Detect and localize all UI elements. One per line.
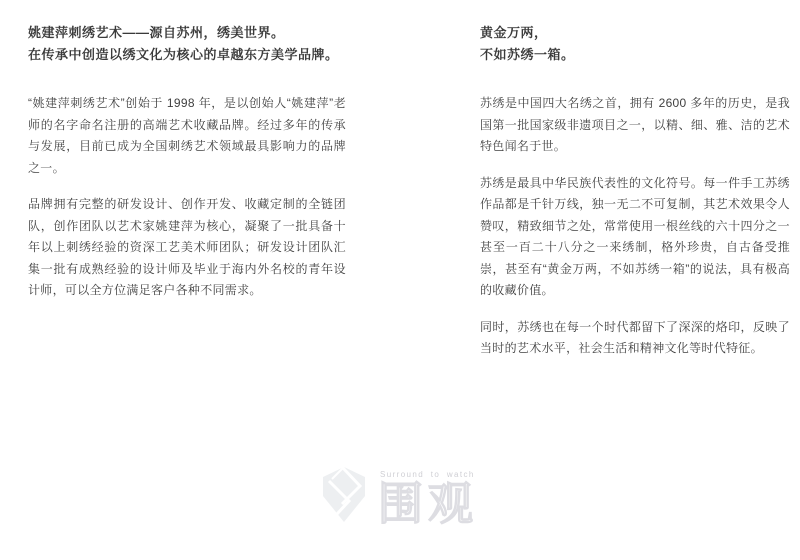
right-paragraph-2: 苏绣是最具中华民族代表性的文化符号。每一件手工苏绣作品都是千针万线，独一无二不可… [480, 173, 790, 302]
left-column: 姚建萍刺绣艺术——源自苏州，绣美世界。 在传承中创造以绣文化为核心的卓越东方美学… [28, 22, 346, 302]
diamond-shield-logo-icon [322, 466, 366, 523]
right-heading-line-2: 不如苏绣一箱。 [480, 44, 790, 66]
left-heading-line-2: 在传承中创造以绣文化为核心的卓越东方美学品牌。 [28, 44, 346, 66]
brochure-page: 姚建萍刺绣艺术——源自苏州，绣美世界。 在传承中创造以绣文化为核心的卓越东方美学… [0, 0, 800, 560]
right-paragraph-3: 同时，苏绣也在每一个时代都留下了深深的烙印，反映了当时的艺术水平，社会生活和精神… [480, 317, 790, 360]
left-paragraph-2: 品牌拥有完整的研发设计、创作开发、收藏定制的全链团队，创作团队以艺术家姚建萍为核… [28, 194, 346, 302]
logo-wordmark: 围观 [378, 481, 478, 526]
right-paragraph-1: 苏绣是中国四大名绣之首，拥有 2600 多年的历史，是我国第一批国家级非遗项目之… [480, 93, 790, 158]
logo-text-block: Surround to watch 围观 [378, 466, 478, 526]
left-heading: 姚建萍刺绣艺术——源自苏州，绣美世界。 在传承中创造以绣文化为核心的卓越东方美学… [28, 22, 346, 66]
footer-logo: Surround to watch 围观 [322, 466, 478, 526]
left-paragraph-1: “姚建萍刺绣艺术”创始于 1998 年，是以创始人“姚建萍”老师的名字命名注册的… [28, 93, 346, 179]
left-heading-line-1: 姚建萍刺绣艺术——源自苏州，绣美世界。 [28, 22, 346, 44]
right-heading: 黄金万两， 不如苏绣一箱。 [480, 22, 790, 66]
right-heading-line-1: 黄金万两， [480, 22, 790, 44]
right-column: 黄金万两， 不如苏绣一箱。 苏绣是中国四大名绣之首，拥有 2600 多年的历史，… [480, 22, 790, 360]
